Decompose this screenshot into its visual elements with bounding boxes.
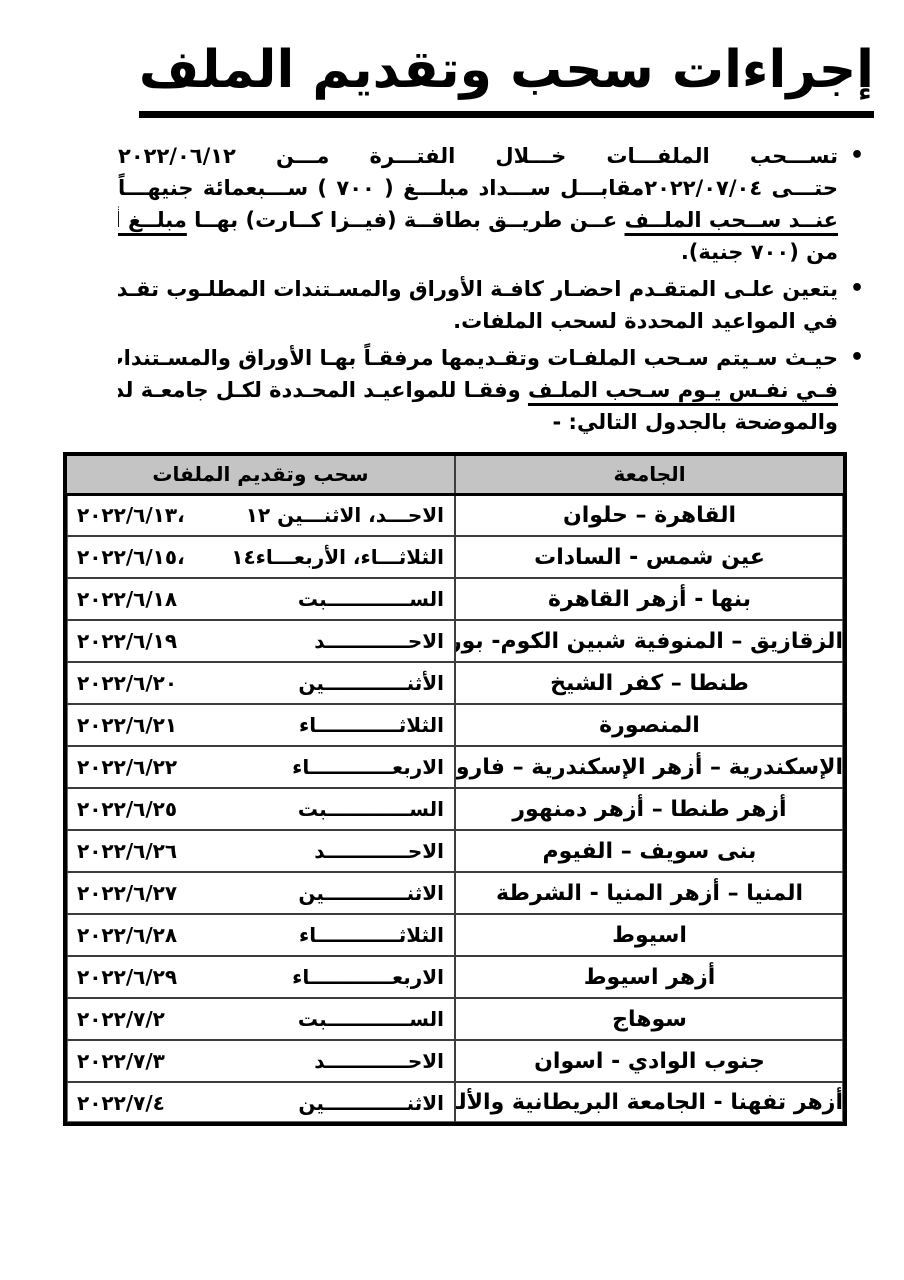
university-cell: المنيا – أزهر المنيا - الشرطة (455, 872, 845, 914)
day-label: الاحــــــــــــد (314, 629, 444, 653)
document-page: إجراءات سحب وتقديم الملف •تســـحب الملفـ… (0, 0, 904, 1280)
table-row: المنصورةالثلاثــــــــــــاء٢٠٢٢/٦/٢١ (65, 704, 845, 746)
date-label: ٢٠٢٢/٦/١٨ (77, 587, 177, 611)
bullet-line: يتعين علـى المتقـدم احضـار كافـة الأوراق… (118, 273, 838, 305)
university-cell: القاهرة – حلوان (455, 494, 845, 536)
day-label: الاربعــــــــــــاء (292, 755, 444, 779)
university-cell: أزهر اسيوط (455, 956, 845, 998)
date-label: ٢٠٢٢/٦/٢٢ (77, 755, 177, 779)
bullet-item: •يتعين علـى المتقـدم احضـار كافـة الأورا… (118, 273, 876, 337)
bullet-item: •تســـحب الملفـــات خـــلال الفتـــرة مـ… (118, 140, 876, 268)
table-row: سوهاجالســــــــــــبت٢٠٢٢/٧/٢ (65, 998, 845, 1040)
text-segment: عــن طريــق بطاقــة (فيــزا كــارت) بهــ… (187, 208, 625, 232)
table-row: اسيوطالثلاثــــــــــــاء٢٠٢٢/٦/٢٨ (65, 914, 845, 956)
university-cell: جنوب الوادي - اسوان (455, 1040, 845, 1082)
date-label: ٢٠٢٢/٦/٢٨ (77, 923, 177, 947)
schedule-cell: الثلاثــــــــــــاء٢٠٢٢/٦/٢٨ (65, 914, 455, 956)
bullet-line: فـي نفـس يـوم سـحب الملـف وفقـا للمواعيـ… (118, 374, 838, 406)
schedule-cell: الاثنــــــــــــين٢٠٢٢/٧/٤ (65, 1082, 455, 1124)
table-row: عين شمس - الساداتالثلاثـــاء، الأربعـــا… (65, 536, 845, 578)
day-label: الاثنــــــــــــين (298, 1091, 444, 1115)
date-label: ٢٠٢٢/٦/٢٠ (77, 671, 177, 695)
bullet-icon: • (838, 140, 876, 268)
date-label: ٢٠٢٢/٦/٢٩ (77, 965, 177, 989)
day-label: الاحـــد، الاثنـــين ١٢ (246, 503, 444, 527)
underlined-text: مبلــغ أكثــر (118, 208, 187, 232)
schedule-cell: الســــــــــــبت٢٠٢٢/٦/١٨ (65, 578, 455, 620)
table-row: بنها - أزهر القاهرةالســــــــــــبت٢٠٢٢… (65, 578, 845, 620)
schedule-cell: الاربعــــــــــــاء٢٠٢٢/٦/٢٢ (65, 746, 455, 788)
table-row: المنيا – أزهر المنيا - الشرطةالاثنــــــ… (65, 872, 845, 914)
text-segment: حيـث سـيتم سـحب الملفـات وتقـديمها مرفقـ… (118, 346, 838, 370)
table-row: الإسكندرية – أزهر الإسكندرية – فاروسالار… (65, 746, 845, 788)
schedule-cell: الاحــــــــــــد٢٠٢٢/٦/١٩ (65, 620, 455, 662)
day-label: الأثنــــــــــــين (298, 671, 444, 695)
bullet-line: من (٧٠٠ جنية). (118, 236, 838, 268)
bullet-line: تســـحب الملفـــات خـــلال الفتـــرة مــ… (118, 140, 838, 172)
bullet-icon: • (838, 273, 876, 337)
university-column-header: الجامعة (455, 454, 845, 494)
text-segment: تســـحب الملفـــات خـــلال الفتـــرة مــ… (118, 144, 838, 168)
university-cell: عين شمس - السادات (455, 536, 845, 578)
day-label: الســــــــــــبت (298, 797, 444, 821)
title-block: إجراءات سحب وتقديم الملف (0, 38, 904, 118)
date-label: ٢٠٢٢/٧/٣ (77, 1049, 165, 1073)
date-label: ٢٠٢٢/٦/٢٥ (77, 797, 177, 821)
schedule-cell: الثلاثـــاء، الأربعـــاء١٤،٢٠٢٢/٦/١٥ (65, 536, 455, 578)
university-cell: طنطا – كفر الشيخ (455, 662, 845, 704)
schedule-cell: الاحــــــــــــد٢٠٢٢/٧/٣ (65, 1040, 455, 1082)
day-label: الاحــــــــــــد (314, 839, 444, 863)
date-label: ٢٠٢٢/٧/٢ (77, 1007, 165, 1031)
bullet-line: في المواعيد المحددة لسحب الملفات. (118, 305, 838, 337)
day-label: الثلاثــــــــــــاء (299, 923, 444, 947)
table-row: الزقازيق – المنوفية شبين الكوم- بورسعيدا… (65, 620, 845, 662)
date-label: ،٢٠٢٢/٦/١٣ (77, 503, 185, 527)
day-label: الســــــــــــبت (298, 1007, 444, 1031)
schedule-cell: الاحــــــــــــد٢٠٢٢/٦/٢٦ (65, 830, 455, 872)
schedule-table: الجامعة سحب وتقديم الملفات القاهرة – حلو… (63, 452, 847, 1126)
bullet-icon: • (838, 342, 876, 438)
page-title: إجراءات سحب وتقديم الملف (139, 38, 874, 118)
university-cell: أزهر تفهنا - الجامعة البريطانية والألمان… (455, 1082, 845, 1124)
bullet-list: •تســـحب الملفـــات خـــلال الفتـــرة مـ… (118, 140, 876, 438)
table-row: القاهرة – حلوانالاحـــد، الاثنـــين ١٢،٢… (65, 494, 845, 536)
university-cell: أزهر طنطا – أزهر دمنهور (455, 788, 845, 830)
table-row: بنى سويف – الفيومالاحــــــــــــد٢٠٢٢/٦… (65, 830, 845, 872)
text-segment: في المواعيد المحددة لسحب الملفات. (453, 309, 838, 333)
day-label: الاثنــــــــــــين (298, 881, 444, 905)
schedule-cell: الأثنــــــــــــين٢٠٢٢/٦/٢٠ (65, 662, 455, 704)
table-row: جنوب الوادي - اسوانالاحــــــــــــد٢٠٢٢… (65, 1040, 845, 1082)
bullet-item: •حيـث سـيتم سـحب الملفـات وتقـديمها مرفق… (118, 342, 876, 438)
date-label: ،٢٠٢٢/٦/١٥ (77, 545, 185, 569)
table-row: أزهر تفهنا - الجامعة البريطانية والألمان… (65, 1082, 845, 1124)
bullet-line: عنــد ســحب الملــف عــن طريــق بطاقــة … (118, 204, 838, 236)
schedule-cell: الاثنــــــــــــين٢٠٢٢/٦/٢٧ (65, 872, 455, 914)
table-row: أزهر طنطا – أزهر دمنهورالســــــــــــبت… (65, 788, 845, 830)
date-label: ٢٠٢٢/٧/٤ (77, 1091, 165, 1115)
table-header-row: الجامعة سحب وتقديم الملفات (65, 454, 845, 494)
day-label: الاربعــــــــــــاء (292, 965, 444, 989)
date-label: ٢٠٢٢/٦/١٩ (77, 629, 177, 653)
underlined-text: فـي نفـس يـوم سـحب الملـف (528, 378, 838, 402)
underlined-text: عنــد ســحب الملــف (625, 208, 839, 232)
schedule-column-header: سحب وتقديم الملفات (65, 454, 455, 494)
university-cell: سوهاج (455, 998, 845, 1040)
day-label: الثلاثــــــــــــاء (299, 713, 444, 737)
text-segment: والموضحة بالجدول التالي: - (553, 410, 838, 434)
date-label: ٢٠٢٢/٦/٢١ (77, 713, 177, 737)
day-label: الاحــــــــــــد (314, 1049, 444, 1073)
university-cell: المنصورة (455, 704, 845, 746)
university-cell: الإسكندرية – أزهر الإسكندرية – فاروس (455, 746, 845, 788)
university-cell: الزقازيق – المنوفية شبين الكوم- بورسعيد (455, 620, 845, 662)
date-label: ٢٠٢٢/٦/٢٧ (77, 881, 177, 905)
university-cell: بنى سويف – الفيوم (455, 830, 845, 872)
table-row: طنطا – كفر الشيخالأثنــــــــــــين٢٠٢٢/… (65, 662, 845, 704)
schedule-cell: الاحـــد، الاثنـــين ١٢،٢٠٢٢/٦/١٣ (65, 494, 455, 536)
university-cell: بنها - أزهر القاهرة (455, 578, 845, 620)
schedule-cell: الثلاثــــــــــــاء٢٠٢٢/٦/٢١ (65, 704, 455, 746)
text-segment: يتعين علـى المتقـدم احضـار كافـة الأوراق… (118, 277, 838, 301)
text-segment: حتـــى ٢٠٢٢/٠٧/٠٤مقابـــل ســـداد مبلـــ… (118, 176, 838, 200)
day-label: الثلاثـــاء، الأربعـــاء١٤ (231, 545, 444, 569)
schedule-cell: الســــــــــــبت٢٠٢٢/٦/٢٥ (65, 788, 455, 830)
bullet-line: والموضحة بالجدول التالي: - (118, 406, 838, 438)
university-cell: اسيوط (455, 914, 845, 956)
bullet-line: حيـث سـيتم سـحب الملفـات وتقـديمها مرفقـ… (118, 342, 838, 374)
bullet-line: حتـــى ٢٠٢٢/٠٧/٠٤مقابـــل ســـداد مبلـــ… (118, 172, 838, 204)
schedule-cell: الســــــــــــبت٢٠٢٢/٧/٢ (65, 998, 455, 1040)
schedule-cell: الاربعــــــــــــاء٢٠٢٢/٦/٢٩ (65, 956, 455, 998)
text-segment: وفقـا للمواعيـد المحـددة لكـل جامعـة لدف… (118, 378, 528, 402)
table-row: أزهر اسيوطالاربعــــــــــــاء٢٠٢٢/٦/٢٩ (65, 956, 845, 998)
day-label: الســــــــــــبت (298, 587, 444, 611)
text-segment: من (٧٠٠ جنية). (681, 240, 838, 264)
date-label: ٢٠٢٢/٦/٢٦ (77, 839, 177, 863)
